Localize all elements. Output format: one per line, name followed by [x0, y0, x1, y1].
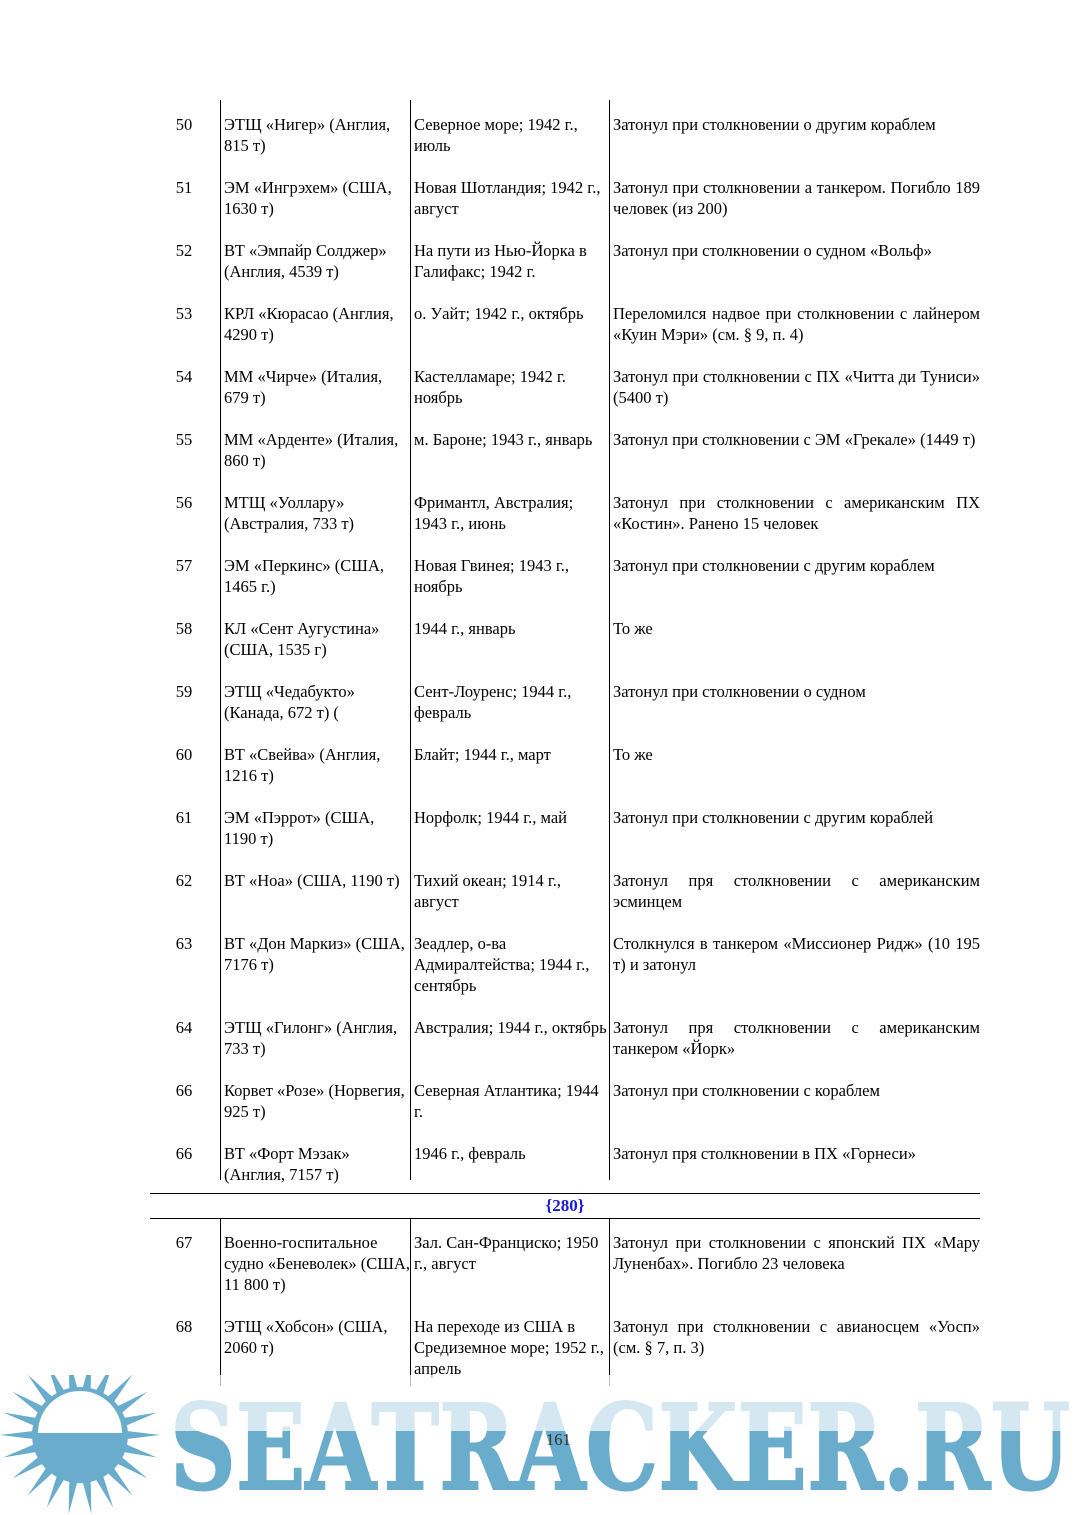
- table-row: 53КРЛ «Кюрасао (Англия, 4290 т)о. Уайт; …: [150, 289, 980, 352]
- ship-cell: ЭМ «Ингрэхем» (США, 1630 т): [220, 163, 410, 226]
- table-row: 64ЭТЩ «Гилонг» (Англия, 733 т)Австралия;…: [150, 1003, 980, 1066]
- row-number: 50: [150, 100, 220, 163]
- circumstances-cell: То же: [609, 604, 980, 667]
- row-number: 61: [150, 793, 220, 856]
- place-date-cell: Зеадлер, о-ва Адмиралтейства; 1944 г., с…: [410, 919, 609, 1003]
- circumstances-cell: Затонул при столкновении с другим корабл…: [609, 541, 980, 604]
- row-number: 56: [150, 478, 220, 541]
- circumstances-cell: То же: [609, 730, 980, 793]
- circumstances-cell: Затонул пря столкновении с американским …: [609, 856, 980, 919]
- circumstances-cell: Переломился надвое при столкновении с ла…: [609, 289, 980, 352]
- row-number: 59: [150, 667, 220, 730]
- row-number: 67: [150, 1218, 220, 1302]
- row-number: 66: [150, 1066, 220, 1129]
- table-row: 68ЭТЩ «Хобсон» (США, 2060 т)На переходе …: [150, 1302, 980, 1386]
- place-date-cell: Тихий океан; 1914 г., август: [410, 856, 609, 919]
- circumstances-cell: Столкнулся в танкером «Миссионер Ридж» (…: [609, 919, 980, 1003]
- table-row: 52ВТ «Эмпайр Солджер» (Англия, 4539 т)На…: [150, 226, 980, 289]
- table-row: 60ВТ «Свейва» (Англия, 1216 т)Блайт; 194…: [150, 730, 980, 793]
- row-number: 54: [150, 352, 220, 415]
- place-date-cell: Фримантл, Австралия; 1943 г., июнь: [410, 478, 609, 541]
- row-number: 58: [150, 604, 220, 667]
- place-date-cell: Новая Гвинея; 1943 г., ноябрь: [410, 541, 609, 604]
- circumstances-cell: Затонул при столкновении о судном «Вольф…: [609, 226, 980, 289]
- place-date-cell: м. Бароне; 1943 г., январь: [410, 415, 609, 478]
- table-row: 66Корвет «Розе» (Норвегия, 925 т)Северна…: [150, 1066, 980, 1129]
- ship-cell: ММ «Чирче» (Италия, 679 т): [220, 352, 410, 415]
- place-date-cell: На пути из Нью-Йорка в Галифакс; 1942 г.: [410, 226, 609, 289]
- place-date-cell: 1944 г., январь: [410, 604, 609, 667]
- ship-cell: ВТ «Эмпайр Солджер» (Англия, 4539 т): [220, 226, 410, 289]
- ship-cell: ВТ «Форт Мэзак» (Англия, 7157 т): [220, 1129, 410, 1180]
- row-number: 63: [150, 919, 220, 1003]
- ship-cell: Корвет «Розе» (Норвегия, 925 т): [220, 1066, 410, 1129]
- ship-cell: МТЩ «Уоллару» (Австралия, 733 т): [220, 478, 410, 541]
- page-marker-row: {280}: [150, 1193, 980, 1219]
- place-date-cell: Кастелламаре; 1942 г. ноябрь: [410, 352, 609, 415]
- place-date-cell: Австралия; 1944 г., октябрь: [410, 1003, 609, 1066]
- ship-cell: КЛ «Сент Аугустина» (США, 1535 г): [220, 604, 410, 667]
- table-row: 66ВТ «Форт Мэзак» (Англия, 7157 т)1946 г…: [150, 1129, 980, 1180]
- place-date-cell: Зал. Сан-Франциско; 1950 г., август: [410, 1218, 609, 1302]
- ship-cell: ВТ «Свейва» (Англия, 1216 т): [220, 730, 410, 793]
- circumstances-cell: Затонул при столкновении с ПХ «Читта ди …: [609, 352, 980, 415]
- place-date-cell: Северная Атлантика; 1944 г.: [410, 1066, 609, 1129]
- place-date-cell: На переходе из США в Средиземное море; 1…: [410, 1302, 609, 1386]
- circumstances-cell: Затонул при столкновении о другим корабл…: [609, 100, 980, 163]
- circumstances-cell: Затонул при столкновении с кораблем: [609, 1066, 980, 1129]
- row-number: 64: [150, 1003, 220, 1066]
- table-row: 63ВТ «Дон Маркиз» (США, 7176 т)Зеадлер, …: [150, 919, 980, 1003]
- ship-cell: ЭМ «Перкинс» (США, 1465 г.): [220, 541, 410, 604]
- circumstances-cell: Затонул при столкновении с другим корабл…: [609, 793, 980, 856]
- table-row: 58КЛ «Сент Аугустина» (США, 1535 г)1944 …: [150, 604, 980, 667]
- table-row: 67Военно-госпитальное судно «Беневолек» …: [150, 1218, 980, 1302]
- ship-cell: Военно-госпитальное судно «Беневолек» (С…: [220, 1218, 410, 1302]
- collisions-table-top: 50ЭТЩ «Нигер» (Англия, 815 т)Северное мо…: [150, 100, 980, 1180]
- circumstances-cell: Затонул пря столкновении в ПХ «Горнеси»: [609, 1129, 980, 1180]
- row-number: 60: [150, 730, 220, 793]
- table-row: 56МТЩ «Уоллару» (Австралия, 733 т)Фриман…: [150, 478, 980, 541]
- table-row: 55ММ «Арденте» (Италия, 860 т)м. Бароне;…: [150, 415, 980, 478]
- table-row: 62ВТ «Ноа» (США, 1190 т)Тихий океан; 191…: [150, 856, 980, 919]
- row-number: 53: [150, 289, 220, 352]
- place-date-cell: Норфолк; 1944 г., май: [410, 793, 609, 856]
- ship-cell: ВТ «Ноа» (США, 1190 т): [220, 856, 410, 919]
- page-number: 161: [546, 1430, 571, 1450]
- row-number: 51: [150, 163, 220, 226]
- place-date-cell: Сент-Лоуренс; 1944 г., февраль: [410, 667, 609, 730]
- ship-cell: КРЛ «Кюрасао (Англия, 4290 т): [220, 289, 410, 352]
- circumstances-cell: Затонул пря столкновении с американским …: [609, 1003, 980, 1066]
- place-date-cell: 1946 г., февраль: [410, 1129, 609, 1180]
- ship-cell: ЭТЩ «Нигер» (Англия, 815 т): [220, 100, 410, 163]
- ship-cell: ЭТЩ «Гилонг» (Англия, 733 т): [220, 1003, 410, 1066]
- ship-cell: ЭТЩ «Хобсон» (США, 2060 т): [220, 1302, 410, 1386]
- ship-cell: ЭТЩ «Чедабукто» (Канада, 672 т) (: [220, 667, 410, 730]
- circumstances-cell: Затонул при столкновении с американским …: [609, 478, 980, 541]
- row-number: 68: [150, 1302, 220, 1386]
- table-row: 54ММ «Чирче» (Италия, 679 т)Кастелламаре…: [150, 352, 980, 415]
- ship-cell: ЭМ «Пэррот» (США, 1190 т): [220, 793, 410, 856]
- place-date-cell: Новая Шотландия; 1942 г., август: [410, 163, 609, 226]
- circumstances-cell: Затонул при столкновении с японский ПХ «…: [609, 1218, 980, 1302]
- row-number: 66: [150, 1129, 220, 1180]
- circumstances-cell: Затонул при столкновении а танкером. Пог…: [609, 163, 980, 226]
- seatracker-watermark: SEATRACKER.RU: [0, 1375, 1080, 1515]
- collisions-table-bottom: 67Военно-госпитальное судно «Беневолек» …: [150, 1218, 980, 1386]
- table-row: 59ЭТЩ «Чедабукто» (Канада, 672 т) (Сент-…: [150, 667, 980, 730]
- circumstances-cell: Затонул при столкновении с авианосцем «У…: [609, 1302, 980, 1386]
- document-page: 50ЭТЩ «Нигер» (Англия, 815 т)Северное мо…: [0, 0, 1080, 1515]
- circumstances-cell: Затонул при столкновении о судном: [609, 667, 980, 730]
- ship-cell: ВТ «Дон Маркиз» (США, 7176 т): [220, 919, 410, 1003]
- place-date-cell: Северное море; 1942 г., июль: [410, 100, 609, 163]
- place-date-cell: Блайт; 1944 г., март: [410, 730, 609, 793]
- row-number: 52: [150, 226, 220, 289]
- circumstances-cell: Затонул при столкновении с ЭМ «Грекале» …: [609, 415, 980, 478]
- row-number: 57: [150, 541, 220, 604]
- page-marker: {280}: [150, 1194, 980, 1218]
- table-row: 50ЭТЩ «Нигер» (Англия, 815 т)Северное мо…: [150, 100, 980, 163]
- row-number: 55: [150, 415, 220, 478]
- row-number: 62: [150, 856, 220, 919]
- sun-over-sea-logo-icon: [0, 1375, 160, 1514]
- ship-cell: ММ «Арденте» (Италия, 860 т): [220, 415, 410, 478]
- place-date-cell: о. Уайт; 1942 г., октябрь: [410, 289, 609, 352]
- table-row: 61ЭМ «Пэррот» (США, 1190 т)Норфолк; 1944…: [150, 793, 980, 856]
- table-row: 57ЭМ «Перкинс» (США, 1465 г.)Новая Гвине…: [150, 541, 980, 604]
- table-row: 51ЭМ «Ингрэхем» (США, 1630 т)Новая Шотла…: [150, 163, 980, 226]
